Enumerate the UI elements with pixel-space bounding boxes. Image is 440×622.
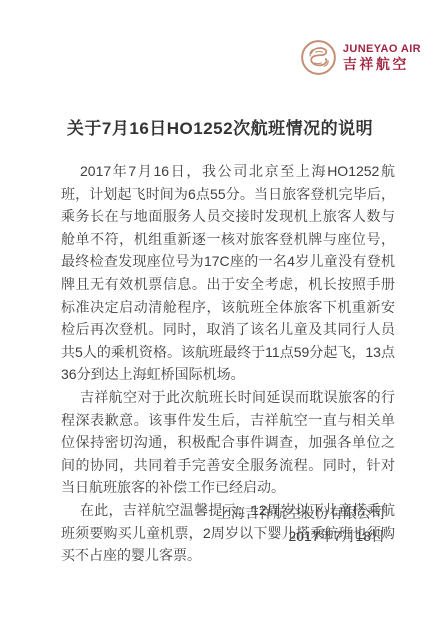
dragon-seal-icon [300, 39, 337, 76]
brand-name-en: JUNEYAO AIR [343, 43, 421, 55]
statement-paragraph-2: 吉祥航空对于此次航班长时间延误而耽误旅客的行程深表歉意。该事件发生后，吉祥航空一… [61, 386, 395, 499]
juneyao-air-logo: JUNEYAO AIR 吉祥航空 [300, 39, 421, 76]
statement-title: 关于7月16日HO1252次航班情况的说明 [0, 114, 440, 139]
logo-wordmark: JUNEYAO AIR 吉祥航空 [343, 43, 421, 72]
statement-page: JUNEYAO AIR 吉祥航空 关于7月16日HO1252次航班情况的说明 2… [0, 0, 440, 622]
signature-date: 2017年7月18日 [217, 525, 385, 548]
brand-name-zh: 吉祥航空 [343, 56, 421, 72]
signature-block: 上海吉祥航空股份有限公司 2017年7月18日 [217, 502, 385, 548]
statement-paragraph-1: 2017年7月16日，我公司北京至上海HO1252航班，计划起飞时间为6点55分… [61, 160, 395, 386]
signature-company: 上海吉祥航空股份有限公司 [217, 502, 385, 525]
